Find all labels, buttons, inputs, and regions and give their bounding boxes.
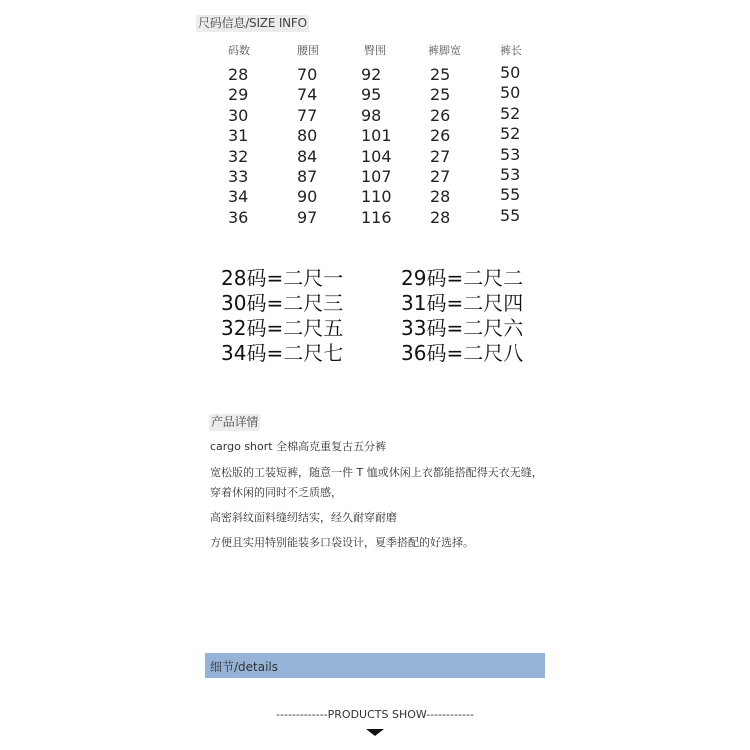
cell-size: 28 <box>228 65 248 85</box>
cell-size: 29 <box>228 85 248 105</box>
cell-hip: 107 <box>361 167 392 187</box>
product-line-5: 方便且实用特别能装多口袋设计，夏季搭配的好选择。 <box>210 536 474 550</box>
size-conversion: 28码=二尺一 <box>221 266 343 290</box>
cell-leg-opening: 27 <box>430 147 450 167</box>
size-conversion: 31码=二尺四 <box>401 291 523 315</box>
cell-leg-opening: 27 <box>430 167 450 187</box>
size-conversion: 33码=二尺六 <box>401 316 523 340</box>
cell-waist: 74 <box>297 85 317 105</box>
cell-waist: 97 <box>297 208 317 228</box>
cell-waist: 70 <box>297 65 317 85</box>
triangle-down-icon <box>366 729 384 736</box>
header-waist: 腰围 <box>297 42 319 58</box>
header-hip: 臀围 <box>364 42 386 58</box>
cell-leg-opening: 26 <box>430 106 450 126</box>
cell-size: 30 <box>228 106 248 126</box>
cell-waist: 80 <box>297 126 317 146</box>
product-details-title: 产品详情 <box>209 414 260 431</box>
cell-waist: 90 <box>297 187 317 207</box>
cell-hip: 101 <box>361 126 392 146</box>
cell-length: 53 <box>500 165 520 185</box>
cell-length: 50 <box>500 63 520 83</box>
cell-leg-opening: 28 <box>430 208 450 228</box>
cell-leg-opening: 25 <box>430 85 450 105</box>
cell-length: 52 <box>500 124 520 144</box>
size-conversion: 29码=二尺二 <box>401 266 523 290</box>
cell-length: 53 <box>500 145 520 165</box>
cell-size: 33 <box>228 167 248 187</box>
product-line-3: 穿着休闲的同时不乏质感， <box>210 486 342 500</box>
cell-leg-opening: 25 <box>430 65 450 85</box>
size-conversion: 36码=二尺八 <box>401 341 523 365</box>
cell-length: 52 <box>500 104 520 124</box>
details-bar: 细节/details <box>205 653 545 678</box>
cell-length: 55 <box>500 185 520 205</box>
details-label: 细节/details <box>210 658 278 675</box>
cell-hip: 110 <box>361 187 392 207</box>
header-length: 裤长 <box>500 42 522 58</box>
size-info-title: 尺码信息/SIZE INFO <box>196 15 309 32</box>
cell-hip: 104 <box>361 147 392 167</box>
cell-size: 36 <box>228 208 248 228</box>
cell-waist: 77 <box>297 106 317 126</box>
cell-waist: 87 <box>297 167 317 187</box>
header-leg-opening: 裤脚宽 <box>428 42 461 58</box>
cell-length: 50 <box>500 83 520 103</box>
products-show-label: -------------PRODUCTS SHOW------------ <box>0 708 750 721</box>
cell-hip: 95 <box>361 85 381 105</box>
product-line-1: cargo short 全棉高克重复古五分裤 <box>210 440 386 454</box>
cell-length: 55 <box>500 206 520 226</box>
product-line-2: 宽松版的工装短裤，随意一件 T 恤或休闲上衣都能搭配得天衣无缝， <box>210 466 543 480</box>
product-line-4: 高密斜纹面料缝纫结实，经久耐穿耐磨 <box>210 511 397 525</box>
size-conversion: 34码=二尺七 <box>221 341 343 365</box>
cell-hip: 92 <box>361 65 381 85</box>
cell-size: 31 <box>228 126 248 146</box>
cell-hip: 116 <box>361 208 392 228</box>
cell-hip: 98 <box>361 106 381 126</box>
cell-waist: 84 <box>297 147 317 167</box>
cell-size: 32 <box>228 147 248 167</box>
cell-leg-opening: 28 <box>430 187 450 207</box>
size-conversion: 30码=二尺三 <box>221 291 343 315</box>
size-conversion: 32码=二尺五 <box>221 316 343 340</box>
cell-size: 34 <box>228 187 248 207</box>
header-size: 码数 <box>228 42 250 58</box>
cell-leg-opening: 26 <box>430 126 450 146</box>
